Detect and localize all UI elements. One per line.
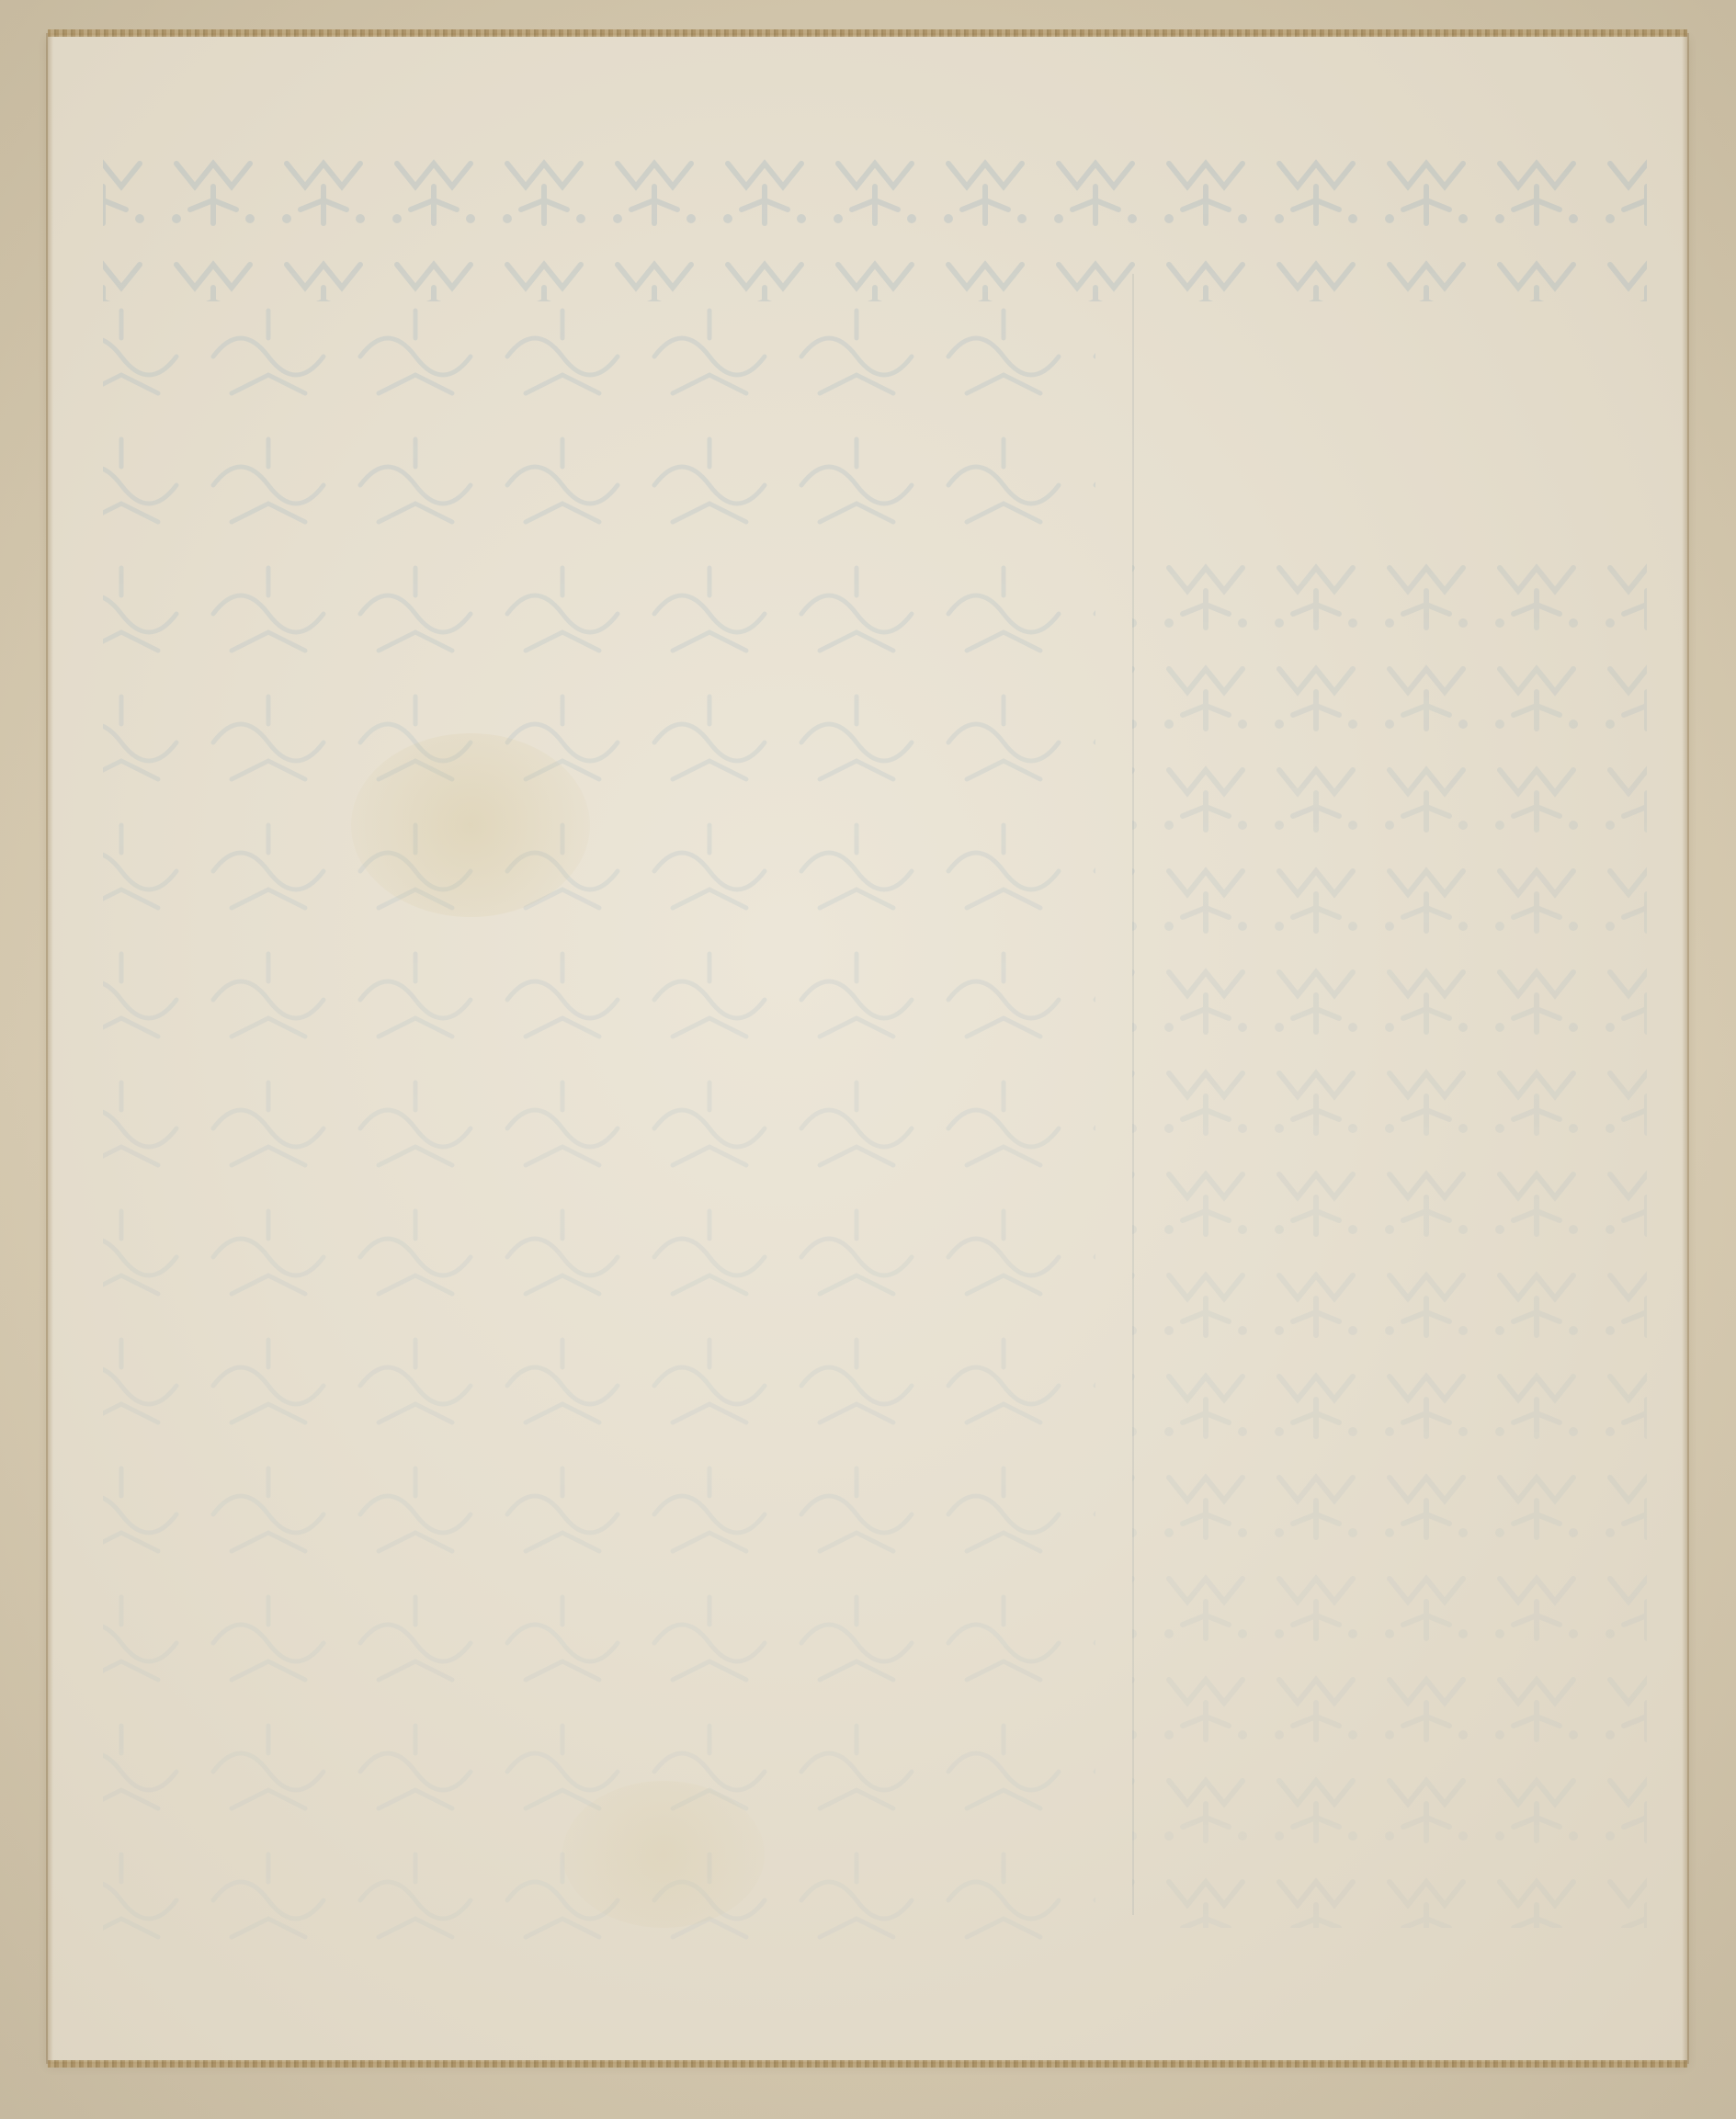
rug-motif-pattern	[48, 35, 1687, 2062]
rug-stain	[351, 733, 590, 917]
rug	[48, 35, 1687, 2062]
rug-panel-seam	[1132, 274, 1134, 1915]
rug-stain	[562, 1781, 765, 1928]
photo-background	[0, 0, 1736, 2119]
